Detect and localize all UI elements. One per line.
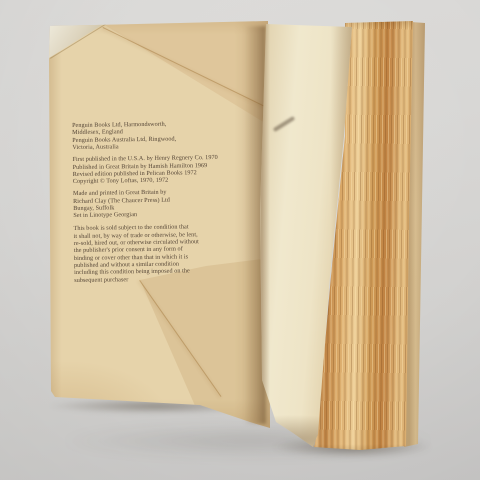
imprint-line: subsequent purchaser — [74, 274, 254, 284]
photo-open-book: Penguin Books Ltd, Harmondsworth, Middle… — [0, 0, 480, 480]
publisher-address-block: Penguin Books Ltd, Harmondsworth, Middle… — [72, 119, 252, 151]
imprint-page: Penguin Books Ltd, Harmondsworth, Middle… — [46, 18, 270, 432]
publication-history-block: First published in the U.S.A. by Henry R… — [72, 154, 252, 186]
imprint-line: Copyright © Tony Loftas, 1970, 1972 — [73, 176, 253, 186]
imprint-line: Victoria, Australia — [72, 142, 252, 152]
print-show-through-mark — [273, 116, 295, 132]
printer-block: Made and printed in Great Britain by Ric… — [73, 188, 253, 220]
imprint-line: Set in Linotype Georgian — [73, 210, 253, 220]
imprint-text: Penguin Books Ltd, Harmondsworth, Middle… — [72, 119, 254, 288]
conditions-of-sale-block: This book is sold subject to the conditi… — [73, 223, 254, 284]
